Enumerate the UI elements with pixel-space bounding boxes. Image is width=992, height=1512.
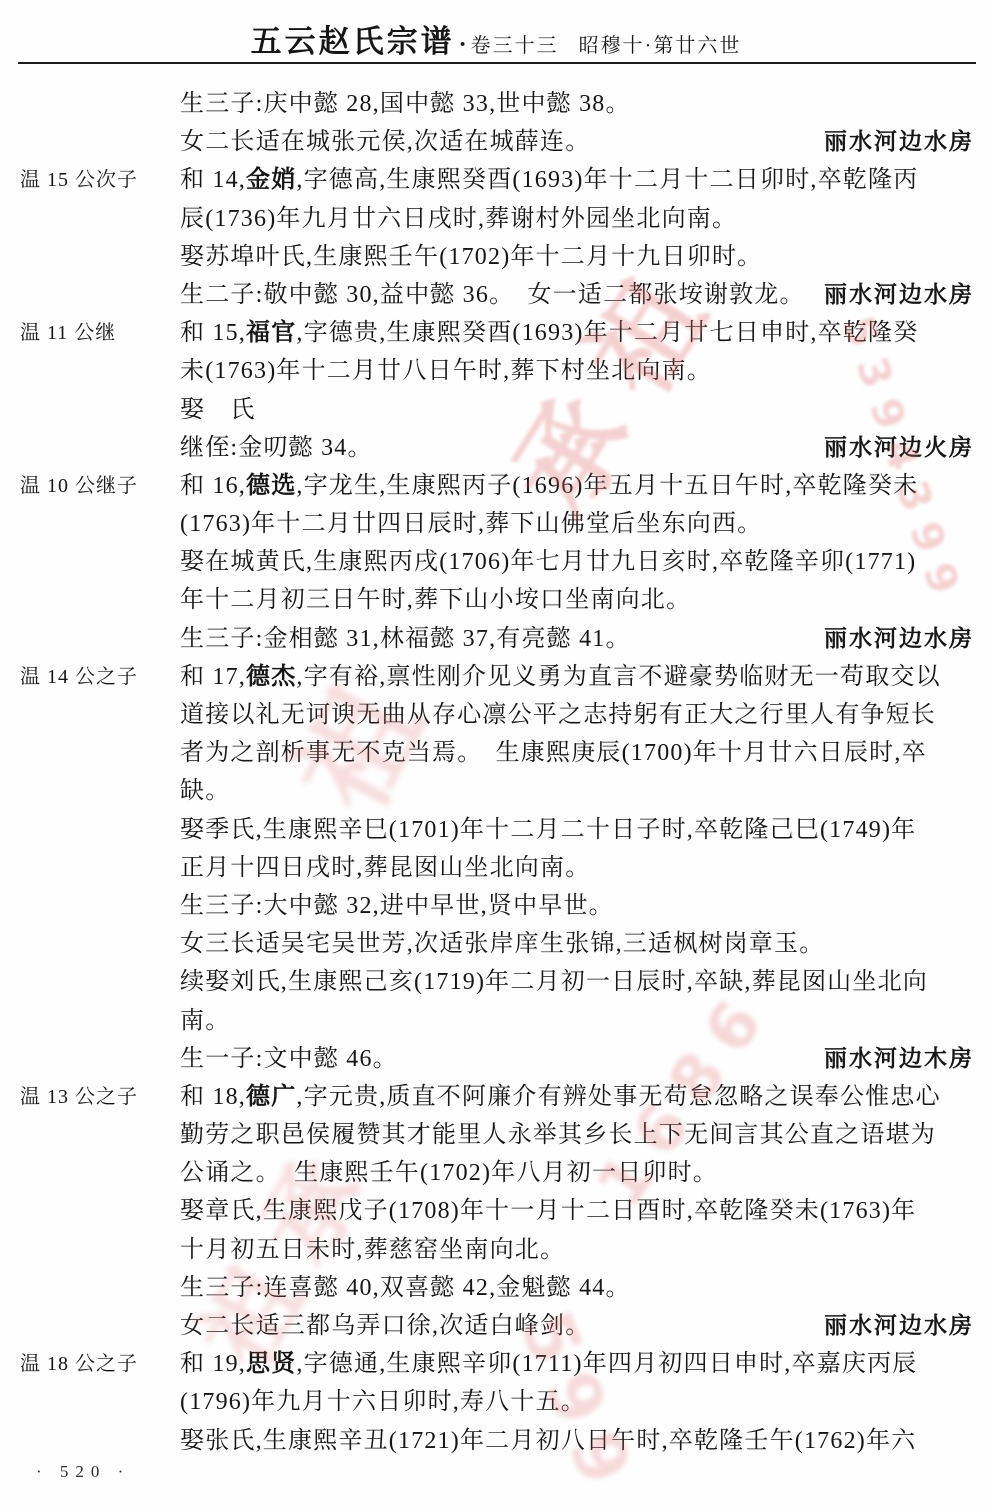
genealogy-row: 者为之剖析事无不克当焉。 生康熙庚辰(1700)年十月廿六日辰时,卒 bbox=[0, 734, 974, 772]
row-text: (1796)年九月十六日卯时,寿八十五。 bbox=[180, 1383, 586, 1421]
genealogy-row: 继侄:金叨懿 34。 丽水河边火房 bbox=[0, 429, 974, 467]
genealogy-row: 娶章氏,生康熙戊子(1708)年十一月十二日酉时,卒乾隆癸未(1763)年 bbox=[0, 1192, 974, 1230]
branch-tag: 丽水河边水房 bbox=[824, 123, 974, 161]
row-text: 未(1763)年十二月廿八日午时,葬下村坐北向南。 bbox=[180, 352, 712, 390]
branch-tag: 丽水河边木房 bbox=[824, 1040, 974, 1078]
genealogy-row: 勤劳之职邑侯履赞其才能里人永举其乡长上下无间言其公直之语堪为 bbox=[0, 1116, 974, 1154]
row-text: 正月十四日戌时,葬昆囡山坐北向南。 bbox=[180, 849, 590, 887]
genealogy-row: 女二长适在城张元侯,次适在城薛连。 丽水河边水房 bbox=[0, 123, 974, 161]
genealogy-row: 温 15 公次子 和 14,金娋,字德高,生康熙癸酉(1693)年十二月十二日卯… bbox=[0, 161, 974, 199]
person-name: 福官 bbox=[246, 320, 296, 346]
row-text: 年十二月初三日午时,葬下山小垵口坐南向北。 bbox=[180, 581, 691, 619]
genealogy-page: 五云赵氏宗谱·卷三十三昭穆十·第廿六世 生三子:庆中懿 28,国中懿 33,世中… bbox=[0, 0, 992, 1512]
genealogy-row: 十月初五日未时,葬慈窑坐南向北。 bbox=[0, 1231, 974, 1269]
row-text: 娶苏埠叶氏,生康熙壬午(1702)年十二月十九日卯时。 bbox=[180, 238, 762, 276]
row-text: 娶章氏,生康熙戊子(1708)年十一月十二日酉时,卒乾隆癸未(1763)年 bbox=[180, 1192, 916, 1230]
person-name: 金娋 bbox=[246, 167, 296, 193]
genealogy-row: 娶张氏,生康熙辛丑(1721)年二月初八日午时,卒乾隆壬午(1762)年六 bbox=[0, 1422, 974, 1460]
row-text: 勤劳之职邑侯履赞其才能里人永举其乡长上下无间言其公直之语堪为 bbox=[180, 1116, 936, 1154]
genealogy-row: 道接以礼无诃谀无曲从存心凛公平之志持躬有正大之行里人有争短长 bbox=[0, 696, 974, 734]
branch-tag: 丽水河边水房 bbox=[824, 276, 974, 314]
row-text: 女二长适三都乌弄口徐,次适白峰剑。 bbox=[180, 1307, 590, 1345]
row-text: 和 16,德选,字龙生,生康熙丙子(1696)年五月十五日午时,卒乾隆癸未 bbox=[180, 467, 918, 505]
row-text: 和 15,福官,字德贵,生康熙癸酉(1693)年十二月廿七日申时,卒乾隆癸 bbox=[180, 314, 918, 352]
row-text: 生三子:庆中懿 28,国中懿 33,世中懿 38。 bbox=[180, 85, 631, 123]
row-text: 缺。 bbox=[180, 772, 230, 810]
section-title: 昭穆十·第廿六世 bbox=[579, 35, 742, 57]
row-text: 生三子:连喜懿 40,双喜懿 42,金魁懿 44。 bbox=[180, 1269, 631, 1307]
row-text: 公诵之。 生康熙壬午(1702)年八月初一日卯时。 bbox=[180, 1154, 718, 1192]
volume-title: 卷三十三 bbox=[471, 35, 559, 57]
genealogy-row: 温 10 公继子 和 16,德选,字龙生,生康熙丙子(1696)年五月十五日午时… bbox=[0, 467, 974, 505]
branch-tag: 丽水河边火房 bbox=[824, 429, 974, 467]
row-text: 女三长适吴宅吴世芳,次适张岸庠生张锦,三适枫树岗章玉。 bbox=[180, 925, 824, 963]
genealogy-row: 生三子:金相懿 31,林福懿 37,有亮懿 41。 丽水河边水房 bbox=[0, 620, 974, 658]
row-text: 生二子:敬中懿 30,益中懿 36。 女一适二都张垵谢敦龙。 bbox=[180, 276, 805, 314]
row-text: 南。 bbox=[180, 1002, 230, 1040]
genealogy-row: 年十二月初三日午时,葬下山小垵口坐南向北。 bbox=[0, 581, 974, 619]
row-text: 娶季氏,生康熙辛巳(1701)年十二月二十日子时,卒乾隆己巳(1749)年 bbox=[180, 811, 916, 849]
person-name: 德选 bbox=[246, 473, 296, 499]
row-text: 道接以礼无诃谀无曲从存心凛公平之志持躬有正大之行里人有争短长 bbox=[180, 696, 936, 734]
generation-label: 温 14 公之子 bbox=[0, 658, 180, 696]
genealogy-row: (1763)年十二月廿四日辰时,葬下山佛堂后坐东向西。 bbox=[0, 505, 974, 543]
row-text: 续娶刘氏,生康熙己亥(1719)年二月初一日辰时,卒缺,葬昆囡山坐北向 bbox=[180, 963, 928, 1001]
person-name: 思贤 bbox=[246, 1351, 296, 1377]
genealogy-row: (1796)年九月十六日卯时,寿八十五。 bbox=[0, 1383, 974, 1421]
generation-label: 温 13 公之子 bbox=[0, 1078, 180, 1116]
genealogy-row: 女二长适三都乌弄口徐,次适白峰剑。 丽水河边水房 bbox=[0, 1307, 974, 1345]
header-divider bbox=[18, 62, 976, 64]
genealogy-row: 温 18 公之子 和 19,思贤,字德通,生康熙辛卯(1711)年四月初四日申时… bbox=[0, 1345, 974, 1383]
row-text: 和 14,金娋,字德高,生康熙癸酉(1693)年十二月十二日卯时,卒乾隆丙 bbox=[180, 161, 918, 199]
genealogy-row: 公诵之。 生康熙壬午(1702)年八月初一日卯时。 bbox=[0, 1154, 974, 1192]
row-text: 生一子:文中懿 46。 bbox=[180, 1040, 398, 1078]
genealogy-row: 生三子:庆中懿 28,国中懿 33,世中懿 38。 bbox=[0, 85, 974, 123]
genealogy-row: 温 13 公之子 和 18,德广,字元贵,质直不阿廉介有辨处事无苟怠忽略之误奉公… bbox=[0, 1078, 974, 1116]
branch-tag: 丽水河边水房 bbox=[824, 1307, 974, 1345]
row-text: 生三子:大中懿 32,进中早世,贤中早世。 bbox=[180, 887, 614, 925]
person-name: 德杰 bbox=[246, 664, 296, 690]
generation-label: 温 18 公之子 bbox=[0, 1345, 180, 1383]
genealogy-row: 辰(1736)年九月廿六日戌时,葬谢村外园坐北向南。 bbox=[0, 200, 974, 238]
genealogy-row: 缺。 bbox=[0, 772, 974, 810]
genealogy-row: 生一子:文中懿 46。 丽水河边木房 bbox=[0, 1040, 974, 1078]
page-header: 五云赵氏宗谱·卷三十三昭穆十·第廿六世 bbox=[0, 16, 992, 61]
branch-tag: 丽水河边水房 bbox=[824, 620, 974, 658]
generation-label: 温 10 公继子 bbox=[0, 467, 180, 505]
generation-label: 温 15 公次子 bbox=[0, 161, 180, 199]
row-text: 女二长适在城张元侯,次适在城薛连。 bbox=[180, 123, 590, 161]
row-text: 和 19,思贤,字德通,生康熙辛卯(1711)年四月初四日申时,卒嘉庆丙辰 bbox=[180, 1345, 918, 1383]
genealogy-row: 娶 氏 bbox=[0, 391, 974, 429]
genealogy-row: 生二子:敬中懿 30,益中懿 36。 女一适二都张垵谢敦龙。 丽水河边水房 bbox=[0, 276, 974, 314]
genealogy-rows: 生三子:庆中懿 28,国中懿 33,世中懿 38。 女二长适在城张元侯,次适在城… bbox=[0, 85, 974, 1460]
genealogy-row: 娶苏埠叶氏,生康熙壬午(1702)年十二月十九日卯时。 bbox=[0, 238, 974, 276]
row-text: 娶张氏,生康熙辛丑(1721)年二月初八日午时,卒乾隆壬午(1762)年六 bbox=[180, 1422, 916, 1460]
genealogy-row: 温 11 公继 和 15,福官,字德贵,生康熙癸酉(1693)年十二月廿七日申时… bbox=[0, 314, 974, 352]
row-text: 娶 氏 bbox=[180, 391, 256, 429]
title-separator: · bbox=[459, 32, 467, 58]
genealogy-row: 娶在城黄氏,生康熙丙戌(1706)年七月廿九日亥时,卒乾隆辛卯(1771) bbox=[0, 543, 974, 581]
row-text: 和 17,德杰,字有裕,禀性刚介见义勇为直言不避豪势临财无一苟取交以 bbox=[180, 658, 941, 696]
row-text: 十月初五日未时,葬慈窑坐南向北。 bbox=[180, 1231, 565, 1269]
genealogy-row: 娶季氏,生康熙辛巳(1701)年十二月二十日子时,卒乾隆己巳(1749)年 bbox=[0, 811, 974, 849]
row-text: 和 18,德广,字元贵,质直不阿廉介有辨处事无苟怠忽略之误奉公惟忠心 bbox=[180, 1078, 941, 1116]
row-text: 生三子:金相懿 31,林福懿 37,有亮懿 41。 bbox=[180, 620, 631, 658]
generation-label: 温 11 公继 bbox=[0, 314, 180, 352]
genealogy-row: 生三子:连喜懿 40,双喜懿 42,金魁懿 44。 bbox=[0, 1269, 974, 1307]
row-text: 辰(1736)年九月廿六日戌时,葬谢村外园坐北向南。 bbox=[180, 200, 737, 238]
page-footer: · 520 · bbox=[36, 1462, 130, 1482]
row-text: (1763)年十二月廿四日辰时,葬下山佛堂后坐东向西。 bbox=[180, 505, 762, 543]
row-text: 继侄:金叨懿 34。 bbox=[180, 429, 373, 467]
genealogy-row: 正月十四日戌时,葬昆囡山坐北向南。 bbox=[0, 849, 974, 887]
page-number: · 520 · bbox=[36, 1462, 130, 1481]
row-text: 者为之剖析事无不克当焉。 生康熙庚辰(1700)年十月廿六日辰时,卒 bbox=[180, 734, 927, 772]
genealogy-row: 续娶刘氏,生康熙己亥(1719)年二月初一日辰时,卒缺,葬昆囡山坐北向 bbox=[0, 963, 974, 1001]
genealogy-row: 女三长适吴宅吴世芳,次适张岸庠生张锦,三适枫树岗章玉。 bbox=[0, 925, 974, 963]
person-name: 德广 bbox=[246, 1084, 296, 1110]
genealogy-row: 温 14 公之子 和 17,德杰,字有裕,禀性刚介见义勇为直言不避豪势临财无一苟… bbox=[0, 658, 974, 696]
book-title: 五云赵氏宗谱 bbox=[251, 24, 455, 59]
genealogy-row: 生三子:大中懿 32,进中早世,贤中早世。 bbox=[0, 887, 974, 925]
genealogy-row: 南。 bbox=[0, 1002, 974, 1040]
row-text: 娶在城黄氏,生康熙丙戌(1706)年七月廿九日亥时,卒乾隆辛卯(1771) bbox=[180, 543, 916, 581]
genealogy-row: 未(1763)年十二月廿八日午时,葬下村坐北向南。 bbox=[0, 352, 974, 390]
